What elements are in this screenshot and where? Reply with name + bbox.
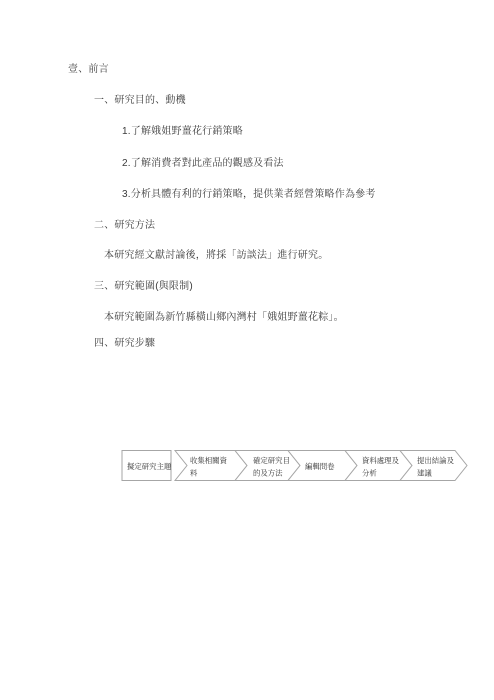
flowchart-step-6-label-line-2: 建議	[417, 469, 432, 478]
flowchart-step-1-label: 擬定研究主題	[127, 462, 172, 471]
flowchart-step-4-label: 編輯問卷	[305, 462, 335, 471]
section-1-heading: 一、研究目的、動機	[94, 94, 186, 108]
flowchart-step-2-shape	[175, 451, 247, 481]
flowchart-step-2-label-line-2: 料	[190, 469, 198, 478]
section-1-item-3: 3.分析具體有利的行銷策略，提供業者經營策略作為參考	[122, 188, 376, 202]
section-4-heading: 四、研究步驟	[94, 337, 155, 351]
section-1-item-2: 2.了解消費者對此產品的觀感及看法	[122, 157, 284, 171]
section-3-heading: 三、研究範圍(與限制)	[94, 280, 193, 294]
research-steps-flowchart: 擬定研究主題 收集相關資 料 確定研究目 的及方法 編輯問卷 資料處理及 分析 …	[118, 446, 474, 486]
document-page: 壹、前言 一、研究目的、動機 1.了解娥姐野薑花行銷策略 2.了解消費者對此產品…	[0, 0, 494, 700]
section-2-body: 本研究經文獻討論後，將採「訪談法」進行研究。	[104, 249, 328, 263]
section-3-body: 本研究範圍為新竹縣橫山鄉內灣村「娥姐野薑花粽」。	[104, 311, 344, 325]
flowchart-step-5-label-line-1: 資料處理及	[362, 456, 400, 465]
section-1-item-1: 1.了解娥姐野薑花行銷策略	[122, 125, 243, 139]
flowchart-step-3-label-line-1: 確定研究目	[253, 456, 290, 465]
section-2-heading: 二、研究方法	[94, 219, 155, 233]
flowchart-step-6-label-line-1: 提出結論及	[417, 456, 455, 465]
flowchart-step-2-label-line-1: 收集相關資	[190, 456, 228, 465]
flowchart-step-5-label-line-2: 分析	[362, 469, 377, 478]
flowchart-step-3-label-line-2: 的及方法	[253, 469, 283, 478]
doc-heading-preface: 壹、前言	[68, 63, 109, 77]
